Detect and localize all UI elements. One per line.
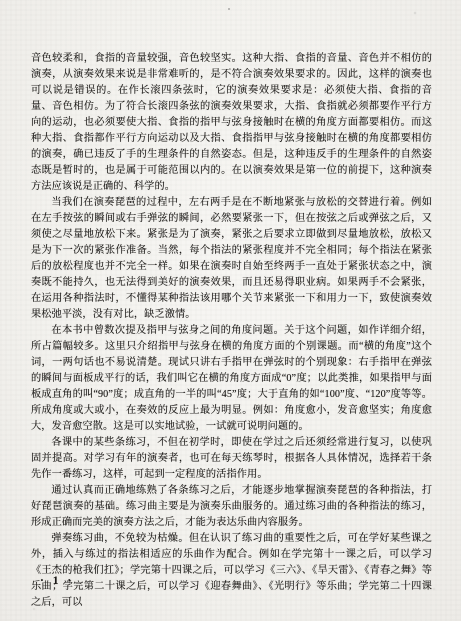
text-block: 音色较柔和，食指的音量较强，音色较坚实。这种大指、食指的音量、音色并不相仿的演奏… xyxy=(31,51,432,611)
paragraph-4: 各课中的某些条练习，不但在初学时，即使在学过之后还须经常进行复习，以使巩固并提高… xyxy=(31,435,432,483)
screenshot-root: { "colors": { "paper": "#f3f2ee", "ink":… xyxy=(0,0,461,621)
paragraph-3: 在本书中曾数次提及指甲与弦身之间的角度问题。关于这个问题，如作详细介绍，所占篇幅… xyxy=(31,323,432,435)
book-page: 音色较柔和，食指的音量较强，音色较坚实。这种大指、食指的音量、音色并不相仿的演奏… xyxy=(0,0,461,621)
paragraph-2: 当我们在演奏琵琶的过程中，左右两手是在不断地紧张与放松的交替进行着。例如在左手按… xyxy=(31,195,432,323)
paragraph-1: 音色较柔和，食指的音量较强，音色较坚实。这种大指、食指的音量、音色并不相仿的演奏… xyxy=(31,51,432,195)
paragraph-6: 弹奏练习曲，不免较为枯燥。但在认识了练习曲的重要性之后，可在学好某些课之外，插入… xyxy=(31,531,432,611)
paragraph-5: 通过认真而正确地练熟了各条练习之后，才能逐步地掌握演奏琵琶的各种指法，打好琵琶演… xyxy=(31,483,432,531)
page-number: · 1 · xyxy=(40,575,74,587)
